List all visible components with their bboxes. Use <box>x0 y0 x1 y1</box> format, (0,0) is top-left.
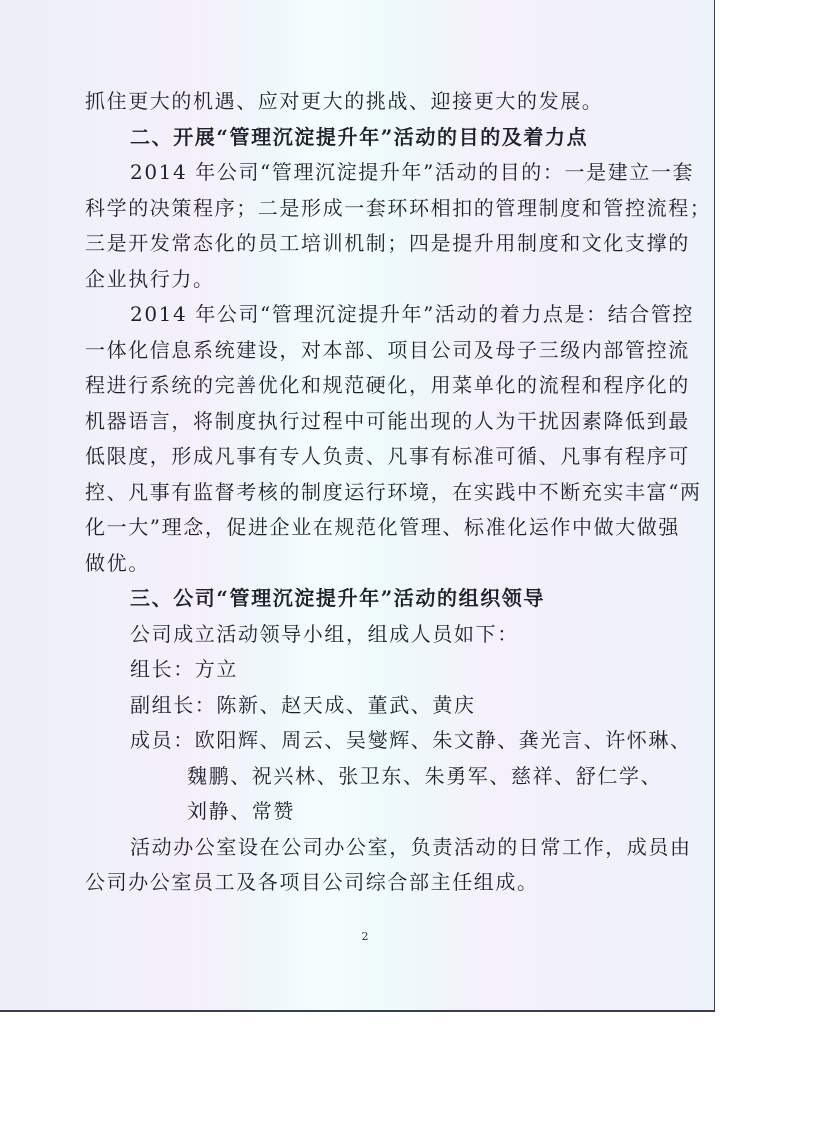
paragraph-line: 一体化信息系统建设，对本部、项目公司及母子三级内部管控流 <box>85 333 645 369</box>
paragraph-line: 机器语言，将制度执行过程中可能出现的人为干扰因素降低到最 <box>85 404 645 440</box>
section-heading-3: 三、公司“管理沉淀提升年”活动的组织领导 <box>85 581 645 617</box>
paragraph-line: 化一大”理念，促进企业在规范化管理、标准化运作中做大做强 <box>85 510 645 546</box>
paragraph-line: 公司成立活动领导小组，组成人员如下： <box>85 617 645 653</box>
paragraph-line: 公司办公室员工及各项目公司综合部主任组成。 <box>85 865 645 901</box>
members-line-continued: 魏鹏、祝兴林、张卫东、朱勇军、慈祥、舒仁学、 <box>85 759 645 795</box>
scanned-page: 抓住更大的机遇、应对更大的挑战、迎接更大的发展。 二、开展“管理沉淀提升年”活动… <box>0 0 715 1012</box>
members-line-continued: 刘静、常赞 <box>85 794 645 830</box>
page-number: 2 <box>0 930 730 943</box>
paragraph-line: 程进行系统的完善优化和规范硬化，用菜单化的流程和程序化的 <box>85 368 645 404</box>
paragraph-line: 做优。 <box>85 546 645 582</box>
members-line: 成员：欧阳辉、周云、吴燮辉、朱文静、龚光言、许怀琳、 <box>85 723 645 759</box>
paragraph-line: 抓住更大的机遇、应对更大的挑战、迎接更大的发展。 <box>85 84 645 120</box>
paragraph-line: 活动办公室设在公司办公室，负责活动的日常工作，成员由 <box>85 830 645 866</box>
section-heading-2: 二、开展“管理沉淀提升年”活动的目的及着力点 <box>85 120 645 156</box>
paragraph-line: 控、凡事有监督考核的制度运行环境，在实践中不断充实丰富“两 <box>85 475 645 511</box>
paragraph-line: 科学的决策程序；二是形成一套环环相扣的管理制度和管控流程； <box>85 191 645 227</box>
deputy-leaders-line: 副组长：陈新、赵天成、董武、黄庆 <box>85 688 645 724</box>
document-body: 抓住更大的机遇、应对更大的挑战、迎接更大的发展。 二、开展“管理沉淀提升年”活动… <box>85 84 645 901</box>
paragraph-line: 2014 年公司“管理沉淀提升年”活动的目的：一是建立一套 <box>85 155 645 191</box>
paragraph-line: 低限度，形成凡事有专人负责、凡事有标准可循、凡事有程序可 <box>85 439 645 475</box>
paragraph-line: 三是开发常态化的员工培训机制；四是提升用制度和文化支撑的 <box>85 226 645 262</box>
paragraph-line: 2014 年公司“管理沉淀提升年”活动的着力点是：结合管控 <box>85 297 645 333</box>
group-leader-line: 组长：方立 <box>85 652 645 688</box>
paragraph-line: 企业执行力。 <box>85 262 645 298</box>
